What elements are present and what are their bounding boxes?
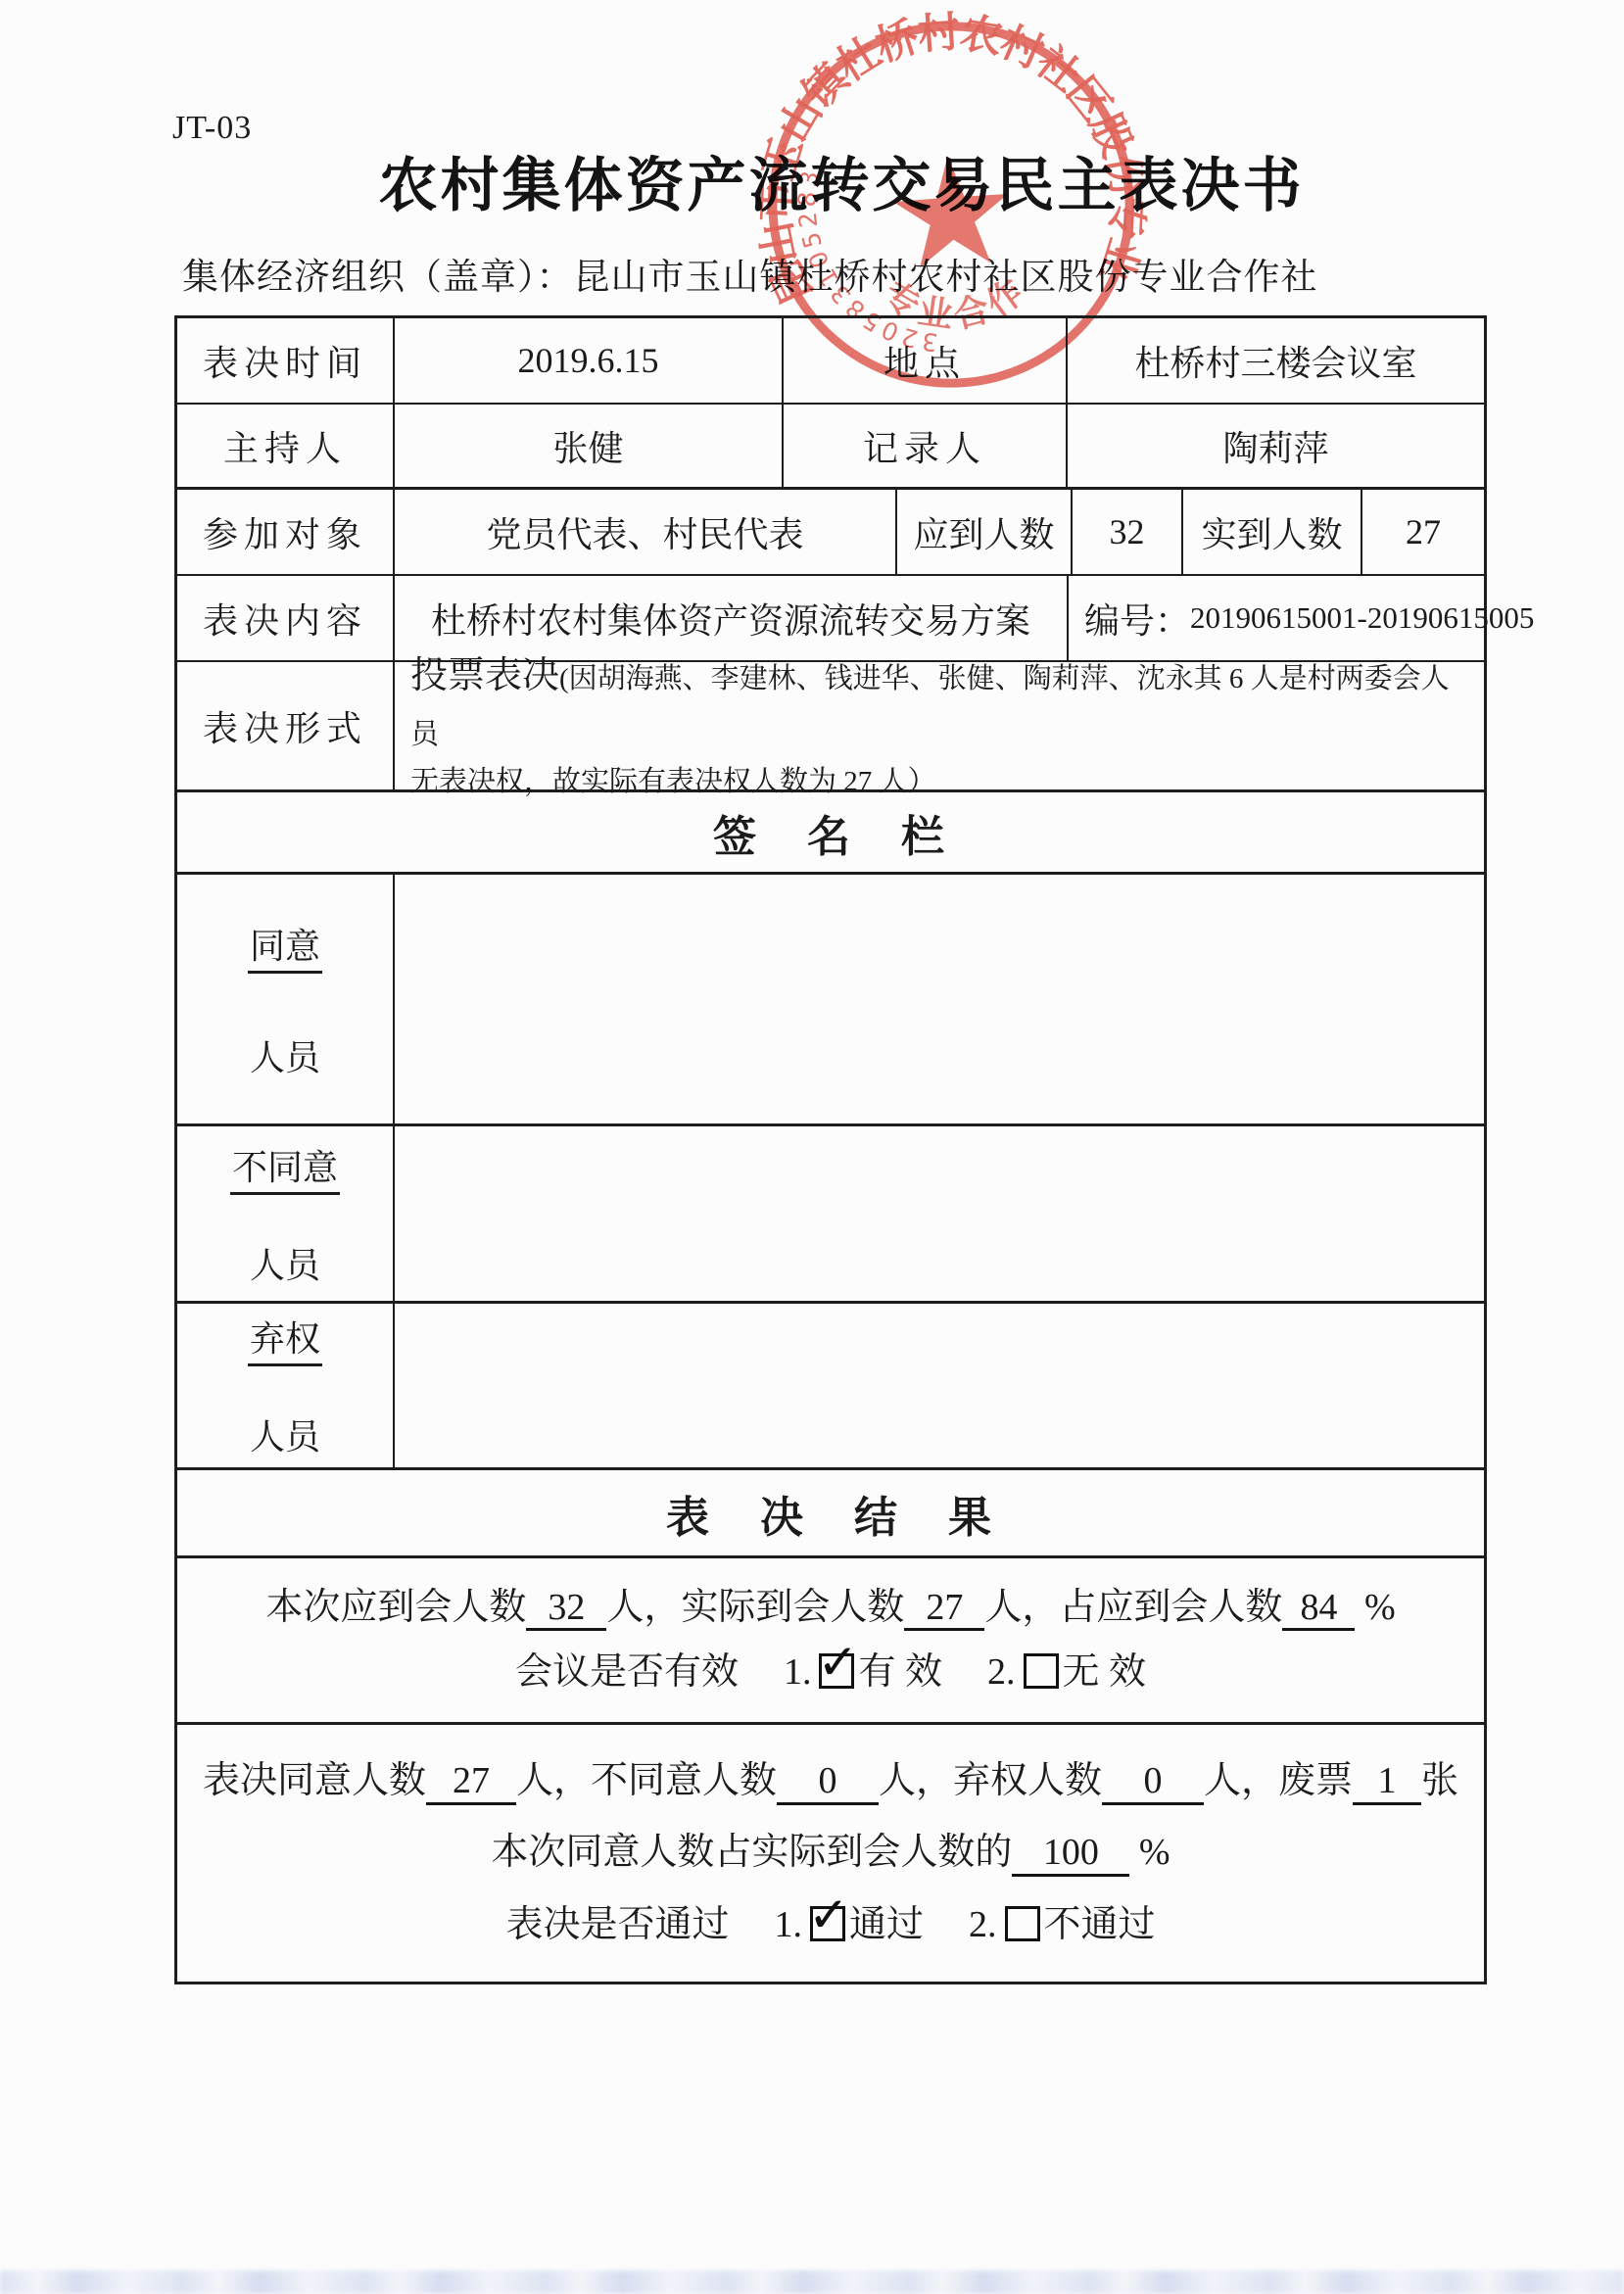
attendance-percent-blank: 84 xyxy=(1282,1589,1355,1632)
time-value: 2019.6.15 xyxy=(395,318,784,403)
valid-option-1: 1.✓有 效 xyxy=(784,1651,942,1693)
abstain-label-main: 弃权 xyxy=(248,1312,322,1366)
agree-signature-area xyxy=(395,875,1484,1123)
time-label: 表决时间 xyxy=(177,318,395,403)
passed-option-1-checkbox: ✓ xyxy=(810,1906,845,1941)
passed-option-2-text: 不通过 xyxy=(1044,1904,1156,1945)
valid-option-2: 2.无 效 xyxy=(987,1651,1146,1693)
scanned-vote-form-page: JT-03 农村集体资产流转交易民主表决书 集体经济组织（盖章）：昆山市玉山镇杜… xyxy=(0,0,1624,2294)
row-abstain-signatures: 弃权 人员 xyxy=(177,1304,1484,1470)
results-block-2: 表决同意人数27人，不同意人数0人，弃权人数0人，废票1张 本次同意人数占实际到… xyxy=(177,1725,1484,1982)
row-participants: 参加对象 党员代表、村民代表 应到人数 32 实到人数 27 xyxy=(177,490,1484,576)
expected-value: 32 xyxy=(1073,490,1183,574)
row-disagree-signatures: 不同意 人员 xyxy=(177,1126,1484,1304)
host-value: 张健 xyxy=(395,405,784,487)
attendance-percent-sign: % xyxy=(1364,1587,1396,1628)
expected-count-blank: 32 xyxy=(526,1589,606,1632)
row-host-recorder: 主持人 张健 记录人 陶莉萍 xyxy=(177,405,1484,490)
place-label: 地点 xyxy=(784,318,1068,403)
host-label: 主持人 xyxy=(177,405,395,487)
content-label: 表决内容 xyxy=(177,576,395,660)
valid-option-2-checkbox xyxy=(1024,1653,1059,1689)
invalid-ballot-blank: 1 xyxy=(1353,1762,1421,1805)
results-header: 表 决 结 果 xyxy=(177,1470,1484,1558)
disagree-signature-area xyxy=(395,1126,1484,1301)
disagree-label-main: 不同意 xyxy=(230,1140,340,1195)
abstain-count-blank: 0 xyxy=(1102,1762,1204,1805)
abstain-signature-area xyxy=(395,1304,1484,1467)
method-label: 表决形式 xyxy=(177,662,395,789)
doc-number-value: 20190615001-20190615005 xyxy=(1190,600,1534,636)
expected-label: 应到人数 xyxy=(897,490,1073,574)
valid-option-1-num: 1. xyxy=(784,1651,812,1693)
valid-option-2-text: 无 效 xyxy=(1063,1651,1147,1693)
method-main: 投票表决 xyxy=(410,655,559,696)
valid-option-2-num: 2. xyxy=(987,1651,1016,1693)
attendance-text-3: 人，占应到会人数 xyxy=(984,1587,1282,1628)
disagree-label-sub: 人员 xyxy=(250,1238,320,1288)
passed-label: 表决是否通过 xyxy=(505,1904,729,1945)
actual-label: 实到人数 xyxy=(1183,490,1362,574)
agree-label-main: 同意 xyxy=(248,919,322,974)
agree-label: 同意 人员 xyxy=(177,875,395,1123)
method-value: 投票表决(因胡海燕、李建林、钱进华、张健、陶莉萍、沈永其 6 人是村两委会人员 … xyxy=(395,662,1484,789)
attendance-text-1: 本次应到会人数 xyxy=(265,1587,526,1628)
method-note-2: 无表决权，故实际有表决权人数为 27 人） xyxy=(410,760,936,804)
recorder-value: 陶莉萍 xyxy=(1068,405,1484,487)
abstain-label-sub: 人员 xyxy=(250,1410,320,1459)
disagree-label: 不同意 人员 xyxy=(177,1126,395,1301)
row-agree-signatures: 同意 人员 xyxy=(177,875,1484,1126)
ratio-text: 本次同意人数占实际到会人数的 xyxy=(491,1832,1012,1873)
method-line-1: 投票表决(因胡海燕、李建林、钱进华、张健、陶莉萍、沈永其 6 人是村两委会人员 xyxy=(410,647,1474,760)
row-time-place: 表决时间 2019.6.15 地点 杜桥村三楼会议室 xyxy=(177,318,1484,405)
recorder-label: 记录人 xyxy=(784,405,1068,487)
vote-counts-line: 表决同意人数27人，不同意人数0人，弃权人数0人，废票1张 xyxy=(203,1759,1458,1805)
actual-value: 27 xyxy=(1362,490,1484,574)
checkmark-icon: ✓ xyxy=(817,1633,858,1692)
votes-text-2: 人，不同意人数 xyxy=(516,1760,777,1801)
valid-option-1-text: 有 效 xyxy=(858,1651,942,1693)
org-line: 集体经济组织（盖章）：昆山市玉山镇杜桥村农村社区股份专业合作社 xyxy=(182,247,1318,300)
passed-option-1: 1.✓通过 xyxy=(774,1904,924,1945)
method-note-1: (因胡海燕、李建林、钱进华、张健、陶莉萍、沈永其 6 人是村两委会人员 xyxy=(410,663,1450,750)
passed-option-2-num: 2. xyxy=(969,1904,997,1945)
participants-value: 党员代表、村民代表 xyxy=(395,490,897,574)
votes-text-1: 表决同意人数 xyxy=(203,1760,426,1801)
participants-label: 参加对象 xyxy=(177,490,395,574)
attendance-text-2: 人，实际到会人数 xyxy=(606,1587,904,1628)
agree-count-blank: 27 xyxy=(426,1762,516,1805)
passed-option-2: 2.不通过 xyxy=(969,1904,1156,1945)
signature-header: 签 名 栏 xyxy=(177,792,1484,875)
checkmark-icon: ✓ xyxy=(808,1886,849,1944)
valid-option-1-checkbox: ✓ xyxy=(819,1653,854,1689)
disagree-count-blank: 0 xyxy=(777,1762,879,1805)
attendance-line: 本次应到会人数32人，实际到会人数27人，占应到会人数84 % xyxy=(265,1586,1395,1632)
place-value: 杜桥村三楼会议室 xyxy=(1068,318,1484,403)
results-block-1: 本次应到会人数32人，实际到会人数27人，占应到会人数84 % 会议是否有效1.… xyxy=(177,1558,1484,1725)
org-value: 昆山市玉山镇杜桥村农村社区股份专业合作社 xyxy=(574,258,1318,298)
vote-form-table: 表决时间 2019.6.15 地点 杜桥村三楼会议室 主持人 张健 记录人 陶莉… xyxy=(174,315,1487,1984)
agree-ratio-line: 本次同意人数占实际到会人数的100 % xyxy=(491,1831,1170,1877)
doc-number-label: 编号： xyxy=(1084,594,1190,644)
scan-bleed-through-strip xyxy=(0,2270,1624,2294)
votes-text-4: 人，废票 xyxy=(1204,1760,1353,1801)
abstain-label: 弃权 人员 xyxy=(177,1304,395,1467)
valid-label: 会议是否有效 xyxy=(515,1651,739,1693)
passed-option-1-num: 1. xyxy=(774,1904,802,1945)
row-method: 表决形式 投票表决(因胡海燕、李建林、钱进华、张健、陶莉萍、沈永其 6 人是村两… xyxy=(177,662,1484,792)
votes-text-3: 人，弃权人数 xyxy=(879,1760,1102,1801)
ratio-percent-blank: 100 xyxy=(1012,1834,1129,1877)
ratio-percent-sign: % xyxy=(1139,1832,1170,1873)
agree-label-sub: 人员 xyxy=(250,1030,320,1080)
vote-passed-line: 表决是否通过1.✓通过2.不通过 xyxy=(505,1903,1155,1948)
passed-option-2-checkbox xyxy=(1005,1906,1040,1941)
org-label: 集体经济组织（盖章）： xyxy=(182,258,574,298)
actual-count-blank: 27 xyxy=(904,1589,984,1632)
meeting-valid-line: 会议是否有效1.✓有 效2.无 效 xyxy=(515,1650,1146,1696)
votes-text-5: 张 xyxy=(1421,1760,1458,1801)
passed-option-1-text: 通过 xyxy=(849,1904,924,1945)
page-title: 农村集体资产流转交易民主表决书 xyxy=(59,139,1624,223)
